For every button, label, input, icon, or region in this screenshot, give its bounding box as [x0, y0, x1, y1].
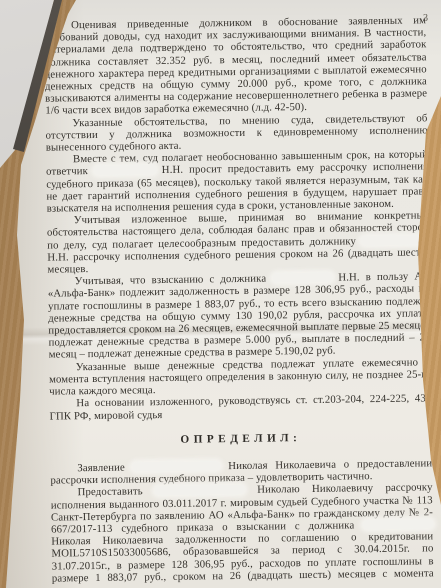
redaction-blur	[361, 235, 429, 245]
document-text-block: Оценивая приведенные должником в обоснов…	[44, 14, 434, 584]
paragraph: На основании изложенного, руководствуясь…	[49, 393, 431, 423]
paragraph: Указанные обстоятельства, по мнению суда…	[45, 112, 427, 154]
redaction-blur	[94, 166, 156, 176]
ruling-heading: ОПРЕДЕЛИЛ:	[50, 430, 432, 448]
paragraph: Указанные выше денежные средства подлежа…	[49, 356, 431, 398]
document-page: 3 Оценивая приведенные должником в обосн…	[0, 0, 441, 588]
paragraph: Вместе с тем, суд полагает необоснованно…	[46, 149, 429, 215]
redaction-blur	[155, 485, 245, 495]
redaction-blur	[272, 273, 332, 283]
paragraph: Предоставить Николаю Николаевичу рассроч…	[51, 482, 434, 585]
redaction-blur	[363, 519, 433, 529]
paragraph: Оценивая приведенные должником в обоснов…	[44, 14, 427, 117]
paragraph: Учитывая изложенное выше, принимая во вн…	[47, 210, 430, 276]
desk-background: 3 Оценивая приведенные должником в обосн…	[0, 0, 441, 588]
paragraph: Учитывая, что взысканию с должника Н.Н. …	[48, 271, 431, 362]
redaction-blur	[132, 461, 220, 471]
